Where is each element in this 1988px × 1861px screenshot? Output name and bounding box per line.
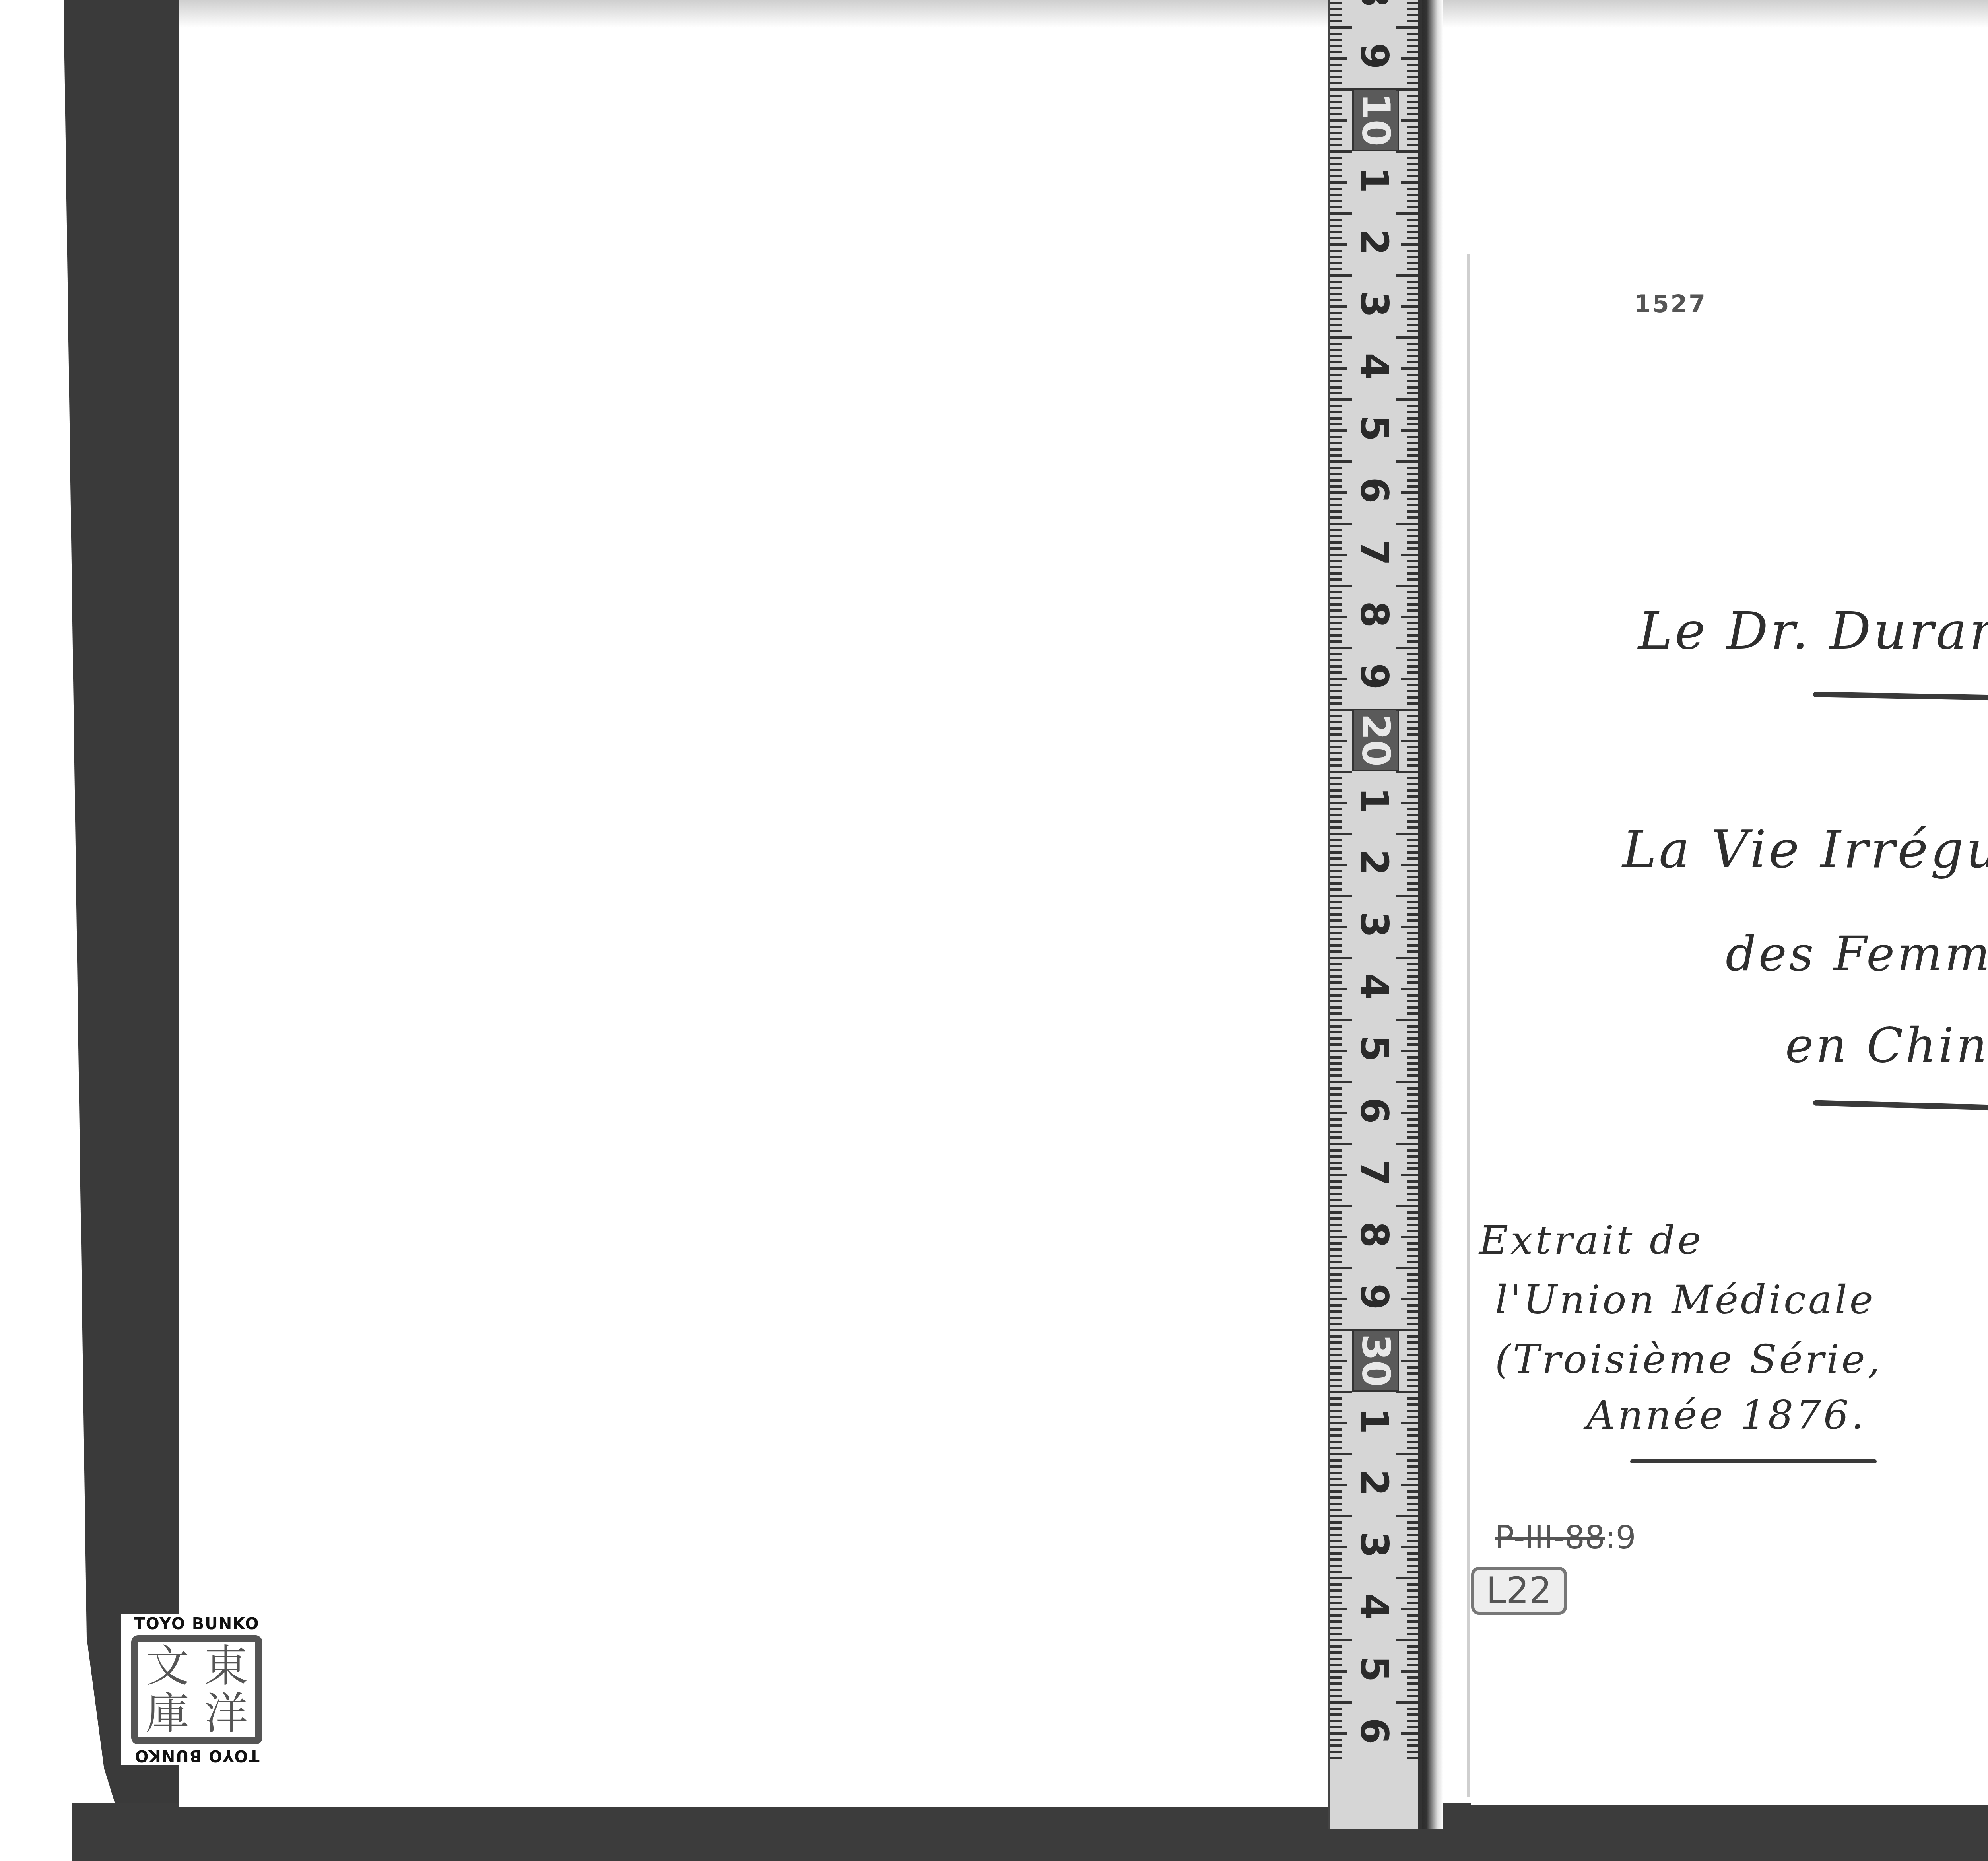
ruler-tick bbox=[1330, 994, 1342, 997]
ruler-tick bbox=[1396, 1453, 1418, 1455]
ruler-tick bbox=[1401, 1360, 1418, 1362]
ruler-tick bbox=[1407, 857, 1418, 860]
ruler-tick bbox=[1330, 355, 1342, 357]
ruler-tick bbox=[1330, 913, 1342, 916]
ruler-label: 9 bbox=[1352, 655, 1396, 698]
ruler-tick bbox=[1396, 1701, 1418, 1704]
ruler-tick bbox=[1330, 1708, 1342, 1710]
ruler-tick bbox=[1407, 1354, 1418, 1356]
ruler-tick bbox=[1330, 57, 1347, 60]
ruler-tick bbox=[1330, 1019, 1352, 1021]
ruler-tick bbox=[1407, 1403, 1418, 1406]
ruler-tick bbox=[1407, 1199, 1418, 1201]
ruler-tick bbox=[1330, 715, 1342, 717]
ruler-tick bbox=[1330, 678, 1347, 680]
ruler-tick bbox=[1330, 95, 1342, 97]
seal-icon: 文 東 庫 洋 bbox=[131, 1635, 262, 1744]
ruler-tick bbox=[1407, 1689, 1418, 1691]
ruler-tick bbox=[1330, 336, 1352, 339]
ruler-tick bbox=[1396, 150, 1418, 153]
ruler-tick bbox=[1407, 1620, 1418, 1623]
ruler-tick bbox=[1407, 752, 1418, 754]
ruler-tick bbox=[1407, 764, 1418, 767]
ruler-tick bbox=[1407, 1043, 1418, 1046]
ruler-label: 20 bbox=[1352, 709, 1399, 771]
ruler-tick bbox=[1396, 1081, 1418, 1083]
ruler-tick bbox=[1396, 398, 1418, 401]
ruler-tick bbox=[1407, 578, 1418, 581]
ruler-tick bbox=[1330, 1422, 1347, 1424]
ruler-tick bbox=[1330, 1056, 1342, 1059]
ruler-tick bbox=[1407, 1193, 1418, 1195]
ruler-tick bbox=[1407, 888, 1418, 891]
ruler-tick bbox=[1401, 429, 1418, 432]
ruler-tick bbox=[1407, 1434, 1418, 1437]
ruler-tick bbox=[1330, 901, 1342, 903]
shelf-mark: L22 bbox=[1471, 1567, 1567, 1615]
ruler-tick bbox=[1401, 1484, 1418, 1486]
ruler-label: 8 bbox=[1352, 0, 1396, 16]
ruler-tick bbox=[1330, 944, 1342, 947]
ruler-tick bbox=[1407, 1602, 1418, 1604]
ruler-tick bbox=[1407, 1261, 1418, 1263]
ruler-tick bbox=[1330, 1589, 1342, 1592]
ruler-label: 5 bbox=[1352, 1647, 1396, 1691]
ruler-tick bbox=[1330, 274, 1352, 277]
ruler-tick bbox=[1330, 250, 1342, 252]
ruler-tick bbox=[1330, 256, 1342, 258]
ruler-tick bbox=[1407, 622, 1418, 624]
ruler-tick bbox=[1407, 975, 1418, 978]
ruler-tick bbox=[1330, 665, 1342, 668]
ruler-tick bbox=[1407, 1310, 1418, 1313]
ruler-tick bbox=[1330, 771, 1352, 773]
ruler-tick bbox=[1407, 1428, 1418, 1431]
ruler-tick bbox=[1330, 702, 1342, 705]
ruler-tick bbox=[1407, 634, 1418, 637]
ruler-tick bbox=[1330, 603, 1342, 606]
ruler-tick bbox=[1401, 1608, 1418, 1610]
ruler-tick bbox=[1407, 1571, 1418, 1573]
ruler-label: 6 bbox=[1352, 1089, 1396, 1133]
ruler-tick bbox=[1330, 423, 1342, 425]
ruler-tick bbox=[1330, 1490, 1342, 1493]
ruler-tick bbox=[1330, 876, 1342, 878]
ruler-tick bbox=[1407, 721, 1418, 723]
ruler-tick bbox=[1407, 1372, 1418, 1375]
ruler-tick bbox=[1330, 39, 1342, 41]
ruler-tick bbox=[1407, 95, 1418, 97]
ruler-tick bbox=[1330, 523, 1352, 525]
ruler-tick bbox=[1407, 8, 1418, 10]
call-number-struck: P-III-88 bbox=[1495, 1519, 1605, 1556]
ruler-tick bbox=[1330, 1428, 1342, 1431]
ruler-tick bbox=[1407, 1149, 1418, 1152]
ruler-tick bbox=[1330, 1037, 1342, 1040]
ruler-tick bbox=[1396, 1391, 1418, 1393]
ruler-tick bbox=[1407, 1713, 1418, 1716]
ruler-tick bbox=[1330, 144, 1342, 146]
ruler-tick bbox=[1330, 498, 1342, 500]
ruler-tick bbox=[1330, 1521, 1342, 1524]
ruler-tick bbox=[1330, 1614, 1342, 1617]
ruler-tick bbox=[1407, 1397, 1418, 1400]
ruler-tick bbox=[1330, 1100, 1342, 1102]
ruler-tick bbox=[1330, 1267, 1352, 1269]
ruler-tick bbox=[1330, 361, 1342, 363]
ruler-tick bbox=[1330, 1006, 1342, 1009]
ruler-tick bbox=[1330, 1081, 1352, 1083]
ruler-tick bbox=[1330, 485, 1342, 488]
ruler-tick bbox=[1407, 1552, 1418, 1555]
measuring-ruler: 89101234567892012345678930123456 bbox=[1328, 0, 1422, 1829]
ruler-tick bbox=[1330, 1211, 1342, 1214]
ruler-tick bbox=[1330, 237, 1342, 239]
ruler-tick bbox=[1330, 225, 1342, 227]
seal-char: 文 bbox=[138, 1642, 197, 1690]
ruler-tick bbox=[1407, 1286, 1418, 1288]
ruler-tick bbox=[1407, 361, 1418, 363]
ruler-tick bbox=[1330, 1360, 1347, 1362]
ruler-tick bbox=[1330, 1552, 1342, 1555]
ruler-tick bbox=[1407, 442, 1418, 444]
title-line-2: des Femmes bbox=[1726, 927, 1988, 982]
ruler-tick bbox=[1407, 1633, 1418, 1635]
ruler-tick bbox=[1407, 250, 1418, 252]
ruler-tick bbox=[1401, 1422, 1418, 1424]
ruler-tick bbox=[1330, 975, 1342, 978]
ruler-tick bbox=[1407, 1230, 1418, 1232]
ruler-tick bbox=[1330, 8, 1342, 10]
ruler-tick bbox=[1407, 1676, 1418, 1679]
ruler-tick bbox=[1396, 1267, 1418, 1269]
ruler-tick bbox=[1407, 1496, 1418, 1499]
ruler-tick bbox=[1407, 1658, 1418, 1660]
ruler-tick bbox=[1407, 628, 1418, 630]
ruler-tick bbox=[1330, 1224, 1342, 1226]
ruler-tick bbox=[1330, 541, 1342, 544]
ruler-tick bbox=[1401, 1732, 1418, 1735]
ruler-tick bbox=[1330, 119, 1347, 122]
ruler-tick bbox=[1407, 1379, 1418, 1381]
ruler-tick bbox=[1330, 467, 1342, 469]
ruler-tick bbox=[1407, 1757, 1418, 1759]
ruler-tick bbox=[1330, 2, 1342, 4]
ruler-tick bbox=[1407, 281, 1418, 283]
ruler-tick bbox=[1330, 1658, 1342, 1660]
ruler-tick bbox=[1330, 20, 1342, 22]
ruler-tick bbox=[1330, 1571, 1342, 1573]
ruler-tick bbox=[1330, 1255, 1342, 1257]
ruler-tick bbox=[1330, 1012, 1342, 1015]
ruler-tick bbox=[1330, 473, 1342, 475]
ruler-tick bbox=[1407, 547, 1418, 550]
ruler-tick bbox=[1330, 318, 1342, 320]
ruler-tick bbox=[1330, 640, 1342, 643]
ruler-tick bbox=[1330, 1732, 1347, 1735]
ruler-tick bbox=[1407, 1273, 1418, 1276]
ruler-tick bbox=[1407, 1645, 1418, 1648]
ruler-tick bbox=[1396, 88, 1418, 91]
ruler-tick bbox=[1401, 119, 1418, 122]
ruler-tick bbox=[1396, 709, 1418, 711]
ruler-tick bbox=[1330, 281, 1342, 283]
ruler-tick bbox=[1407, 312, 1418, 314]
ruler-tick bbox=[1407, 293, 1418, 295]
ruler-tick bbox=[1407, 107, 1418, 109]
ruler-tick bbox=[1330, 1695, 1342, 1697]
ruler-tick bbox=[1330, 1341, 1342, 1344]
ruler-tick bbox=[1407, 1540, 1418, 1542]
ruler-tick bbox=[1396, 1019, 1418, 1021]
ruler-tick bbox=[1407, 1527, 1418, 1530]
ruler-tick bbox=[1407, 653, 1418, 655]
ruler-tick bbox=[1330, 1713, 1342, 1716]
ruler-tick bbox=[1330, 622, 1342, 624]
ruler-tick bbox=[1407, 70, 1418, 72]
ruler-tick bbox=[1330, 417, 1342, 420]
ruler-tick bbox=[1330, 1248, 1342, 1251]
scanner-background-left bbox=[64, 0, 179, 1861]
ruler-label: 30 bbox=[1352, 1329, 1399, 1392]
ruler-label: 6 bbox=[1352, 1709, 1396, 1753]
ruler-tick bbox=[1330, 969, 1342, 971]
ruler-tick bbox=[1330, 1639, 1352, 1641]
ruler-tick bbox=[1330, 510, 1342, 513]
ruler-tick bbox=[1407, 1410, 1418, 1412]
ruler-tick bbox=[1407, 541, 1418, 544]
ruler-tick bbox=[1407, 1224, 1418, 1226]
ruler-tick bbox=[1396, 274, 1418, 277]
ruler-tick bbox=[1330, 299, 1342, 301]
ruler-tick bbox=[1330, 1087, 1342, 1090]
ruler-tick bbox=[1330, 1186, 1342, 1189]
ruler-tick bbox=[1407, 194, 1418, 196]
ruler-tick bbox=[1407, 702, 1418, 705]
ruler-tick bbox=[1330, 1676, 1342, 1679]
ruler-tick bbox=[1407, 1131, 1418, 1133]
ruler-tick bbox=[1330, 932, 1342, 934]
ruler-tick bbox=[1330, 870, 1342, 872]
ruler-tick bbox=[1407, 1558, 1418, 1561]
ruler-tick bbox=[1407, 200, 1418, 202]
ruler-tick bbox=[1330, 740, 1347, 742]
ruler-tick bbox=[1407, 969, 1418, 971]
ruler-tick bbox=[1330, 1167, 1342, 1170]
ruler-tick bbox=[1407, 343, 1418, 345]
ruler-tick bbox=[1330, 1751, 1342, 1753]
ruler-tick bbox=[1330, 1273, 1342, 1276]
ruler-tick bbox=[1407, 950, 1418, 953]
ruler-tick bbox=[1407, 1323, 1418, 1325]
ruler-tick bbox=[1407, 374, 1418, 376]
ruler-tick bbox=[1330, 82, 1342, 84]
ruler-tick bbox=[1401, 57, 1418, 60]
ruler-tick bbox=[1330, 1093, 1342, 1096]
ruler-tick bbox=[1396, 1143, 1418, 1145]
ruler-tick bbox=[1330, 696, 1342, 699]
ruler-tick bbox=[1407, 188, 1418, 190]
ruler-tick bbox=[1407, 715, 1418, 717]
ruler-tick bbox=[1330, 1509, 1342, 1511]
ruler-tick bbox=[1330, 1199, 1342, 1201]
ruler-tick bbox=[1407, 386, 1418, 389]
ruler-tick bbox=[1330, 157, 1342, 159]
ruler-tick bbox=[1330, 380, 1342, 382]
ruler-tick bbox=[1396, 1515, 1418, 1517]
ruler-tick bbox=[1330, 491, 1347, 494]
ruler-tick bbox=[1330, 51, 1342, 53]
ruler-tick bbox=[1330, 305, 1347, 308]
ruler-tick bbox=[1330, 1441, 1342, 1443]
ruler-tick bbox=[1330, 789, 1342, 792]
ruler-tick bbox=[1407, 1100, 1418, 1102]
ruler-tick bbox=[1407, 560, 1418, 562]
ruler-tick bbox=[1407, 1242, 1418, 1245]
ruler-tick bbox=[1330, 1546, 1347, 1548]
ruler-tick bbox=[1407, 870, 1418, 872]
ruler-label: 5 bbox=[1352, 1027, 1396, 1070]
ruler-tick bbox=[1330, 616, 1347, 618]
ruler-tick bbox=[1407, 299, 1418, 301]
ruler-label: 4 bbox=[1352, 965, 1396, 1008]
ruler-tick bbox=[1330, 1335, 1342, 1338]
ruler-tick bbox=[1407, 640, 1418, 643]
ruler-tick bbox=[1396, 1577, 1418, 1579]
ruler-tick bbox=[1407, 355, 1418, 357]
ruler-label: 2 bbox=[1352, 841, 1396, 884]
ruler-tick bbox=[1407, 64, 1418, 66]
ruler-tick bbox=[1407, 1366, 1418, 1369]
ruler-tick bbox=[1330, 1447, 1342, 1449]
ruler-tick bbox=[1330, 150, 1352, 153]
ruler-tick bbox=[1330, 591, 1342, 593]
ruler-tick bbox=[1330, 1025, 1342, 1028]
ruler-tick bbox=[1330, 1515, 1352, 1517]
ruler-tick bbox=[1407, 330, 1418, 332]
ruler-tick bbox=[1330, 70, 1342, 72]
ruler-tick bbox=[1330, 1720, 1342, 1722]
ruler-tick bbox=[1407, 1167, 1418, 1170]
ruler-tick bbox=[1407, 826, 1418, 829]
ruler-tick bbox=[1330, 45, 1342, 47]
ruler-tick bbox=[1407, 789, 1418, 792]
ruler-tick bbox=[1407, 504, 1418, 506]
ruler-tick bbox=[1407, 1006, 1418, 1009]
ruler-tick bbox=[1330, 554, 1347, 556]
stamp-label-bottom: TOYO BUNKO bbox=[121, 1746, 272, 1765]
ruler-tick bbox=[1330, 1000, 1342, 1002]
ruler-tick bbox=[1407, 1155, 1418, 1158]
ruler-tick bbox=[1407, 1180, 1418, 1183]
ruler-tick bbox=[1396, 833, 1418, 835]
ruler-tick bbox=[1407, 609, 1418, 612]
ruler-tick bbox=[1330, 287, 1342, 289]
ruler-tick bbox=[1330, 1155, 1342, 1158]
ruler-tick bbox=[1330, 1701, 1352, 1704]
ruler-tick bbox=[1330, 566, 1342, 568]
ruler-tick bbox=[1407, 1074, 1418, 1077]
seal-char: 東 bbox=[197, 1642, 255, 1690]
ruler-tick bbox=[1407, 684, 1418, 686]
ruler-tick bbox=[1407, 157, 1418, 159]
ruler-tick bbox=[1330, 1031, 1342, 1033]
ruler-tick bbox=[1407, 1583, 1418, 1586]
ruler-label: 1 bbox=[1352, 779, 1396, 822]
ruler-tick bbox=[1407, 45, 1418, 47]
ruler-tick bbox=[1407, 256, 1418, 258]
ruler-tick bbox=[1407, 1000, 1418, 1002]
ruler-tick bbox=[1330, 1379, 1342, 1381]
ruler-tick bbox=[1330, 1583, 1342, 1586]
ruler-tick bbox=[1396, 895, 1418, 897]
ruler-tick bbox=[1330, 826, 1342, 829]
ruler-tick bbox=[1407, 1596, 1418, 1598]
ruler-tick bbox=[1330, 820, 1342, 823]
ruler-label: 4 bbox=[1352, 344, 1396, 388]
ruler-tick bbox=[1330, 1118, 1342, 1121]
ruler-tick bbox=[1330, 950, 1342, 953]
ruler-tick bbox=[1330, 721, 1342, 723]
ruler-tick bbox=[1407, 219, 1418, 221]
ruler-tick bbox=[1330, 690, 1342, 692]
ruler-label: 1 bbox=[1352, 158, 1396, 202]
ruler-tick bbox=[1407, 938, 1418, 940]
ruler-tick bbox=[1407, 33, 1418, 35]
ruler-tick bbox=[1330, 1453, 1352, 1455]
ruler-tick bbox=[1330, 845, 1342, 847]
ruler-tick bbox=[1401, 988, 1418, 990]
ruler-tick bbox=[1401, 926, 1418, 928]
ruler-tick bbox=[1407, 1341, 1418, 1344]
ruler-tick bbox=[1330, 1459, 1342, 1462]
ruler-tick bbox=[1407, 981, 1418, 984]
ruler-tick bbox=[1330, 1596, 1342, 1598]
ruler-tick bbox=[1407, 1503, 1418, 1505]
ruler-tick bbox=[1407, 2, 1418, 4]
ruler-tick bbox=[1330, 386, 1342, 389]
ruler-tick bbox=[1330, 746, 1342, 748]
toyo-bunko-stamp-bottom: TOYO BUNKO 文 東 庫 洋 TOYO BUNKO bbox=[121, 1614, 272, 1765]
ruler-tick bbox=[1407, 454, 1418, 457]
ruler-tick bbox=[1330, 839, 1342, 841]
ruler-tick bbox=[1330, 132, 1342, 134]
ruler-tick bbox=[1330, 343, 1342, 345]
ruler-tick bbox=[1330, 14, 1342, 16]
ruler-tick bbox=[1407, 231, 1418, 233]
ruler-tick bbox=[1330, 1236, 1347, 1238]
ruler-label: 3 bbox=[1352, 1523, 1396, 1567]
ruler-tick bbox=[1407, 39, 1418, 41]
ruler-tick bbox=[1401, 367, 1418, 370]
ruler-tick bbox=[1407, 268, 1418, 270]
ruler-tick bbox=[1407, 572, 1418, 575]
ruler-tick bbox=[1330, 1757, 1342, 1759]
ruler-tick bbox=[1330, 814, 1342, 816]
ruler-tick bbox=[1330, 1105, 1342, 1108]
ruler-tick bbox=[1401, 1670, 1418, 1673]
ruler-tick bbox=[1330, 529, 1342, 531]
ruler-tick bbox=[1330, 1279, 1342, 1282]
ruler-tick bbox=[1330, 1608, 1347, 1610]
ruler-tick bbox=[1330, 312, 1342, 314]
ruler-tick bbox=[1401, 305, 1418, 308]
ruler-label: 1 bbox=[1352, 1399, 1396, 1443]
ruler-tick bbox=[1330, 1670, 1347, 1673]
ruler-tick bbox=[1407, 175, 1418, 177]
ruler-tick bbox=[1330, 1143, 1352, 1145]
ruler-tick bbox=[1330, 262, 1342, 264]
